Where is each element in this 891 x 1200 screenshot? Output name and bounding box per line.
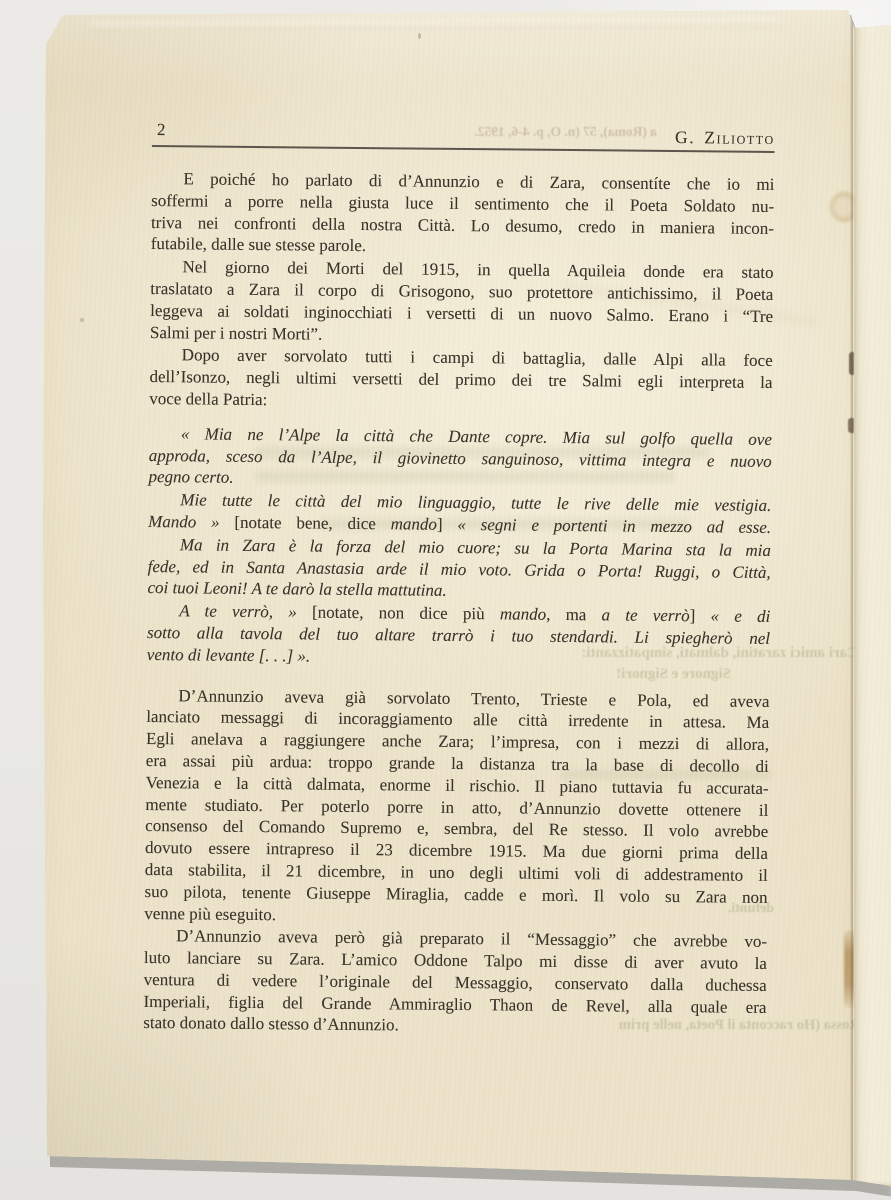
text-line: sotto alla tavola del tuo altare trarrò … — [147, 622, 770, 650]
quote-block: « Mia ne l’Alpe la città che Dante copre… — [147, 423, 772, 672]
fold-crease — [850, 10, 855, 1182]
text-line: mente studiato. Per poterlo porre in att… — [145, 793, 768, 821]
stain-fold-streak — [844, 930, 856, 1008]
ghost-text-salutation: Cari amici zaratini, dalmati, simpatizza… — [578, 645, 858, 662]
text-line: Imperiali, figlia del Grande Ammiraglio … — [143, 991, 766, 1019]
page-content: 2 G. Ziliotto E poiché ho parlato di d’A… — [143, 118, 775, 1040]
text-line: vento di levante [. . .] ». — [147, 644, 770, 672]
scanner-background: a (Roma), 57 (n. O, p. 4-6, 1952. Cari a… — [0, 0, 891, 1200]
text-line: « Mia ne l’Alpe la città che Dante copre… — [149, 423, 772, 451]
quote-paragraph-2: Mie tutte le città del mio linguaggio, t… — [148, 489, 771, 539]
text-line: Venezia e la città dalmata, enorme il ri… — [146, 772, 769, 800]
adjacent-page-edge — [854, 22, 891, 1184]
text-line: D’Annunzio aveva però già preparato il “… — [144, 925, 767, 953]
text-line: dovuto essere intrapreso il 23 dicembre … — [145, 837, 768, 865]
text-line: leggeva ai soldati inginocchiati i verse… — [150, 300, 773, 328]
text-line: fede, ed in Santa Anastasia arde il mio … — [148, 556, 771, 584]
text-line: data stabilita, il 21 dicembre, in uno d… — [145, 859, 768, 887]
ghost-text-word: defunti. — [722, 901, 774, 917]
quote-paragraph-3: Ma in Zara è la forza del mio cuore; su … — [147, 534, 771, 605]
text-line: era assai più ardua: troppo grande la di… — [146, 750, 769, 778]
staple-mark — [849, 352, 856, 375]
text-line: consenso del Comando Supremo e, sembra, … — [145, 815, 768, 843]
text-line: triva nei confronti della nostra Città. … — [151, 212, 774, 240]
paragraph-1: E poiché ho parlato di d’Annunzio e di Z… — [151, 168, 775, 261]
text-line: venne più eseguito. — [144, 902, 767, 930]
paragraph-4: D’Annunzio aveva già sorvolato Trento, T… — [144, 685, 769, 931]
show-through-smudge — [320, 519, 690, 529]
show-through-smudge — [560, 770, 770, 779]
text-line: suo pilota, tenente Giuseppe Miraglia, c… — [144, 881, 767, 909]
book-page: a (Roma), 57 (n. O, p. 4-6, 1952. Cari a… — [0, 0, 891, 1200]
ghost-text-citation: a (Roma), 57 (n. O, p. 4-6, 1952. — [442, 124, 657, 140]
stain-ring — [830, 192, 858, 222]
paper-wrinkle — [90, 18, 780, 31]
ghost-text-line: Rossa (Ho racconta il Poeta, nelle prim — [588, 1017, 860, 1034]
show-through-smudge — [255, 471, 675, 482]
page-header: 2 G. Ziliotto — [152, 118, 775, 146]
quote-paragraph-4: A te verrò, » [notate, non dice più mand… — [147, 600, 771, 671]
show-through-smudge — [255, 447, 710, 458]
text-line: approda, sceso da l’Alpe, il giovinetto … — [149, 445, 772, 473]
text-line: Salmi per i nostri Morti”. — [150, 322, 773, 350]
quote-paragraph-1: « Mia ne l’Alpe la città che Dante copre… — [148, 423, 772, 494]
text-line: E poiché ho parlato di d’Annunzio e di Z… — [151, 168, 774, 196]
text-line: D’Annunzio aveva già sorvolato Trento, T… — [146, 685, 769, 713]
text-line: Nel giorno dei Morti del 1915, in quella… — [150, 256, 773, 284]
page-number: 2 — [157, 120, 166, 140]
paragraph-5: D’Annunzio aveva però già preparato il “… — [143, 925, 767, 1040]
text-line: coi tuoi Leoni! A te darò la stella matt… — [147, 577, 770, 605]
text-line: stato donato dallo stesso d’Annunzio. — [143, 1012, 766, 1040]
text-line: pegno certo. — [148, 466, 771, 494]
text-line: Ma in Zara è la forza del mio cuore; su … — [148, 534, 771, 562]
paragraph-2: Nel giorno dei Morti del 1915, in quella… — [150, 256, 774, 349]
text-line: lanciato messaggi di incoraggiamento all… — [146, 706, 769, 734]
paragraph-3: Dopo aver sorvolato tutti i campi di bat… — [149, 344, 773, 415]
text-line: soffermi a porre nella giusta luce il se… — [151, 190, 774, 218]
text-line: Dopo aver sorvolato tutti i campi di bat… — [150, 344, 773, 372]
paper-speck — [26, 1063, 31, 1068]
text-line: Mie tutte le città del mio linguaggio, t… — [148, 489, 771, 517]
paper-speck — [418, 33, 421, 39]
text-line: futabile, dalle sue stesse parole. — [151, 233, 774, 261]
paper-speck — [80, 318, 84, 322]
running-header: G. Ziliotto — [675, 127, 775, 149]
text-line: ventura di vedere l’originale del Messag… — [144, 969, 767, 997]
paper-wrinkle — [561, 282, 820, 326]
text-line: A te verrò, » [notate, non dice più mand… — [147, 600, 770, 628]
text-line: Mando » [notate bene, dice mando] « segn… — [148, 511, 771, 539]
ghost-text-salutation: Signore e Signori! — [616, 666, 731, 683]
text-line: dell’Isonzo, negli ultimi versetti del p… — [149, 366, 772, 394]
text-line: Egli anelava a raggiungere anche Zara; l… — [146, 728, 769, 756]
header-rule — [152, 145, 775, 153]
text-line: voce della Patria: — [149, 388, 772, 416]
text-body: E poiché ho parlato di d’Annunzio e di Z… — [143, 168, 774, 1040]
text-line: traslatato a Zara il corpo di Grisogono,… — [150, 278, 773, 306]
text-line: luto lanciare su Zara. L’amico Oddone Ta… — [144, 947, 767, 975]
staple-mark — [848, 418, 856, 433]
